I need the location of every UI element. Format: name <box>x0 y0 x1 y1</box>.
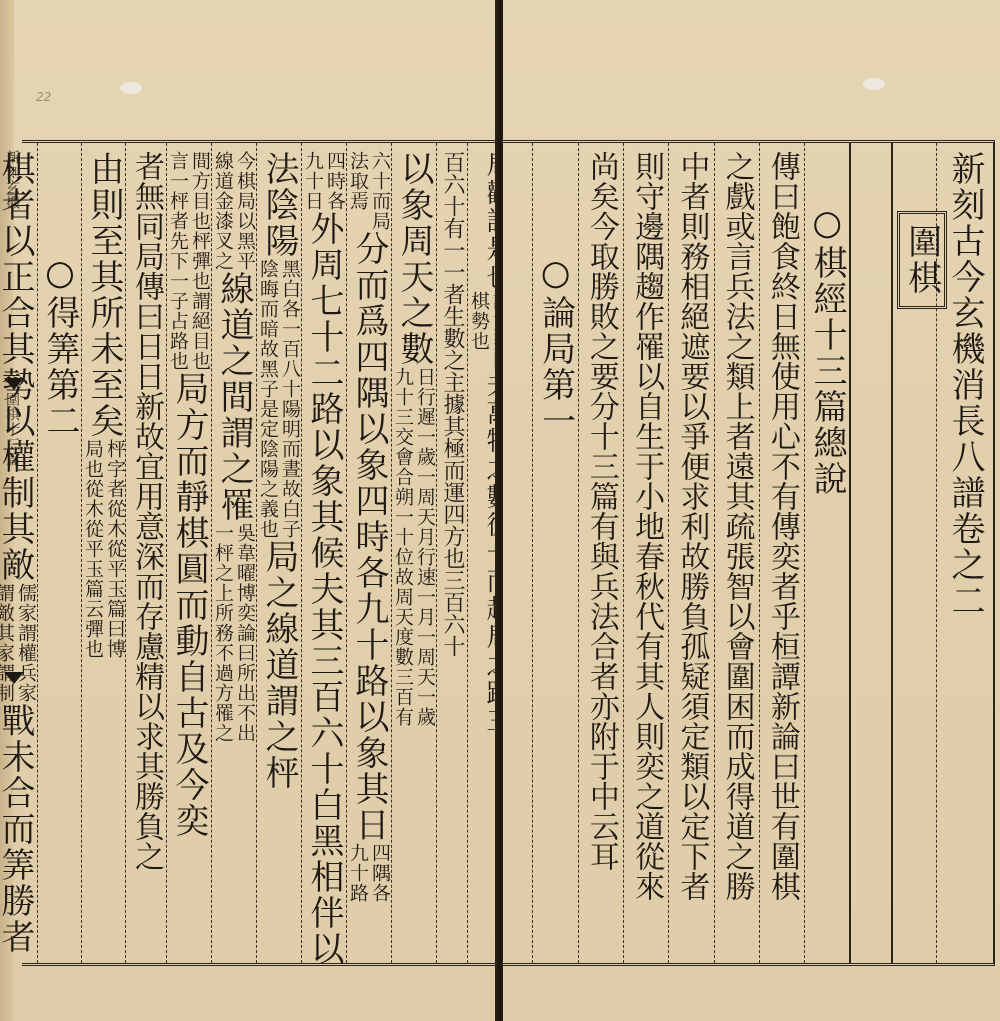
section-heading: ○棋經十三篇總說 <box>805 203 849 497</box>
boxed-heading: 圍棋 <box>897 211 947 309</box>
interlinear-gloss: 日行遲一歲一周天月行速一月一周天一歲九十三交會合朔一十位故周天度數三百有 <box>392 367 436 727</box>
gloss-line: 儒家謂權兵家 <box>15 583 37 703</box>
left-page: 新刻玄機 圍棋十三篇 22 局觀評是也說文奕圍棋勢也夫萬物之數從一而起局之路三 … <box>0 0 498 1021</box>
gloss-line: 四時各 <box>324 151 346 211</box>
main-text: 局方而靜棋圓而動自古及今奕 <box>169 371 209 839</box>
blank-column <box>849 143 890 963</box>
column-text: 之戲或言兵法之類上者遠其疏張智以會圍困而成得道之勝 <box>717 151 757 901</box>
main-text: 外周七十二路以象其候夫其三百六十白黑相伴以 <box>304 211 344 967</box>
main-text: 由則至其所未至矣 <box>84 151 124 439</box>
gloss-line: 一枰之上所務不過方罹之 <box>212 523 234 743</box>
interlinear-gloss: 六十而局法取焉 <box>347 151 391 231</box>
gloss-line: 謂敵其家謂制 <box>0 583 15 703</box>
column-text: 中者則務相絕遮要以爭便求利故勝負孤疑須定類以定下者 <box>671 151 711 901</box>
section-heading: ○得筭第二 <box>38 253 82 439</box>
column-r7: ○論局第一 <box>532 143 577 963</box>
interlinear-gloss: 間方目也枰彈也謂絕目也言一枰者先下一子占路也 <box>167 151 211 371</box>
column-l1: 局觀評是也說文奕圍棋勢也夫萬物之數從一而起局之路三 <box>467 143 497 963</box>
column-text: 棋者以正合其勢以權制其敵儒家謂權兵家謂敵其家謂制戰未合而筭勝者 <box>0 151 37 955</box>
column-l2: 百六十有一一者生數之主據其極而運四方也三百六十 <box>436 143 467 963</box>
main-text: 戰未合而筭勝者 <box>0 703 35 955</box>
column-l5: 四時各九十日外周七十二路以象其候夫其三百六十白黑相伴以 <box>301 143 346 963</box>
column-l9: 者無同局傳曰日日新故宜用意深而存慮精以求其勝負之 <box>125 143 166 963</box>
column-text: 法陰陽黑白各一百八十陽明而晝故白子陰晦而暗故黑子是定陰陽之義也局之線道謂之枰 <box>257 151 301 791</box>
column-text: 尚矣今取勝敗之要分十三篇有與兵法合者亦附于中云耳 <box>581 151 621 871</box>
main-text: 棋者以正合其勢以權制其敵 <box>0 151 35 583</box>
column-l6: 法陰陽黑白各一百八十陽明而晝故白子陰晦而暗故黑子是定陰陽之義也局之線道謂之枰 <box>256 143 301 963</box>
gloss-line: 六十而局 <box>369 151 391 231</box>
handwritten-page-number: 22 <box>36 90 51 104</box>
column-r8 <box>503 143 533 963</box>
interlinear-gloss: 吳韋曜博奕論曰所出不出一枰之上所務不過方罹之 <box>212 523 256 743</box>
gloss-line: 間方目也枰彈也謂絕目也 <box>189 151 211 371</box>
gloss-line: 九十路 <box>347 843 369 903</box>
heading-text: 圍棋 <box>904 224 940 296</box>
column-text: 以象周天之數日行遲一歲一周天月行速一月一周天一歲九十三交會合朔一十位故周天度數三… <box>392 151 436 727</box>
gloss-line: 今棋局以黑平 <box>234 151 256 271</box>
gloss-line: 陰晦而暗故黑子是定陰陽之義也 <box>257 259 279 539</box>
column-l7: 今棋局以黑平線道金漆叉之線道之間謂之罹吳韋曜博奕論曰所出不出一枰之上所務不過方罹… <box>211 143 256 963</box>
column-r2: 傳曰飽食終日無使用心不有傳奕者乎桓譚新論曰世有圍棋 <box>759 143 804 963</box>
section-heading: ○論局第一 <box>534 253 578 439</box>
column-l10: 由則至其所未至矣枰字者從木從平玉篇曰博局也從木從平玉篇云彈也 <box>81 143 125 963</box>
interlinear-gloss: 今棋局以黑平線道金漆叉之 <box>212 151 256 271</box>
column-l11: ○得筭第二 <box>37 143 81 963</box>
column-r3: 之戲或言兵法之類上者遠其疏張智以會圍困而成得道之勝 <box>714 143 759 963</box>
column-text: 者無同局傳曰日日新故宜用意深而存慮精以求其勝負之 <box>126 151 166 871</box>
book-spread: 新刻玄機 圍棋十三篇 22 局觀評是也說文奕圍棋勢也夫萬物之數從一而起局之路三 … <box>0 0 1000 1021</box>
gloss-line: 黑白各一百八十陽明而晝故白子 <box>279 259 301 539</box>
gloss-line: 九十日 <box>302 151 324 211</box>
main-text: 分而爲四隅以象四時各九十路以象其日 <box>349 231 389 843</box>
gloss-line: 線道金漆叉之 <box>212 151 234 271</box>
paper-blemish <box>863 78 885 90</box>
interlinear-gloss: 四隅各九十路 <box>347 843 391 903</box>
column-r1: ○棋經十三篇總說 <box>804 143 849 963</box>
main-text: 以象周天之數 <box>394 151 434 367</box>
column-r5: 則守邊隅趨作罹以自生于小地春秋代有其人則奕之道從來 <box>623 143 668 963</box>
gloss-line: 言一枰者先下一子占路也 <box>167 151 189 371</box>
interlinear-gloss: 黑白各一百八十陽明而晝故白子陰晦而暗故黑子是定陰陽之義也 <box>257 259 301 539</box>
heading-column: 圍棋 <box>891 143 936 963</box>
main-text: 法陰陽 <box>259 151 299 259</box>
left-columns: 局觀評是也說文奕圍棋勢也夫萬物之數從一而起局之路三 百六十有一一者生數之主據其極… <box>22 143 497 963</box>
column-text: 傳曰飽食終日無使用心不有傳奕者乎桓譚新論曰世有圍棋 <box>762 151 802 901</box>
column-text: 間方目也枰彈也謂絕目也言一枰者先下一子占路也局方而靜棋圓而動自古及今奕 <box>167 151 211 839</box>
column-l8: 間方目也枰彈也謂絕目也言一枰者先下一子占路也局方而靜棋圓而動自古及今奕 <box>166 143 211 963</box>
gloss-line: 日行遲一歲一周天月行速一月一周天一歲 <box>414 367 436 727</box>
main-text: 局之線道謂之枰 <box>259 539 299 791</box>
interlinear-gloss: 枰字者從木從平玉篇曰博局也從木從平玉篇云彈也 <box>82 439 126 659</box>
main-text: 線道之間謂之罹 <box>214 271 254 523</box>
column-r4: 中者則務相絕遮要以爭便求利故勝負孤疑須定類以定下者 <box>668 143 713 963</box>
column-l12: 棋者以正合其勢以權制其敵儒家謂權兵家謂敵其家謂制戰未合而筭勝者 <box>0 143 37 963</box>
column-text: 百六十有一一者生數之主據其極而運四方也三百六十 <box>437 151 467 657</box>
gloss-line: 四隅各 <box>369 843 391 903</box>
right-text-frame: 新刻古今玄機消長八譜卷之二 圍棋 ○棋經十三篇總說 傳曰飽食終日無使用心不有傳奕… <box>503 140 995 966</box>
column-text: 則守邊隅趨作罹以自生于小地春秋代有其人則奕之道從來 <box>626 151 666 901</box>
gloss-line: 九十三交會合朔一十位故周天度數三百有 <box>392 367 414 727</box>
gloss-line: 枰字者從木從平玉篇曰博 <box>104 439 126 659</box>
paper-blemish <box>120 82 142 94</box>
column-text: 今棋局以黑平線道金漆叉之線道之間謂之罹吳韋曜博奕論曰所出不出一枰之上所務不過方罹… <box>212 151 256 743</box>
left-text-frame: 局觀評是也說文奕圍棋勢也夫萬物之數從一而起局之路三 百六十有一一者生數之主據其極… <box>22 140 497 966</box>
column-text: 六十而局法取焉分而爲四隅以象四時各九十路以象其日四隅各九十路 <box>347 151 391 903</box>
column-l4: 六十而局法取焉分而爲四隅以象四時各九十路以象其日四隅各九十路 <box>346 143 391 963</box>
right-columns: 新刻古今玄機消長八譜卷之二 圍棋 ○棋經十三篇總說 傳曰飽食終日無使用心不有傳奕… <box>503 143 993 963</box>
column-l3: 以象周天之數日行遲一歲一周天月行速一月一周天一歲九十三交會合朔一十位故周天度數三… <box>391 143 436 963</box>
gloss-line: 局也從木從平玉篇云彈也 <box>82 439 104 659</box>
gloss-line: 吳韋曜博奕論曰所出不出 <box>234 523 256 743</box>
interlinear-gloss: 四時各九十日 <box>302 151 346 211</box>
gloss-line: 棋勢也 <box>468 291 490 371</box>
interlinear-gloss: 儒家謂權兵家謂敵其家謂制 <box>0 583 37 703</box>
gloss-line: 法取焉 <box>347 151 369 231</box>
column-r6: 尚矣今取勝敗之要分十三篇有與兵法合者亦附于中云耳 <box>578 143 623 963</box>
volume-title: 新刻古今玄機消長八譜卷之二 <box>944 151 986 619</box>
column-text: 四時各九十日外周七十二路以象其候夫其三百六十白黑相伴以 <box>302 151 346 967</box>
column-text: 由則至其所未至矣枰字者從木從平玉篇曰博局也從木從平玉篇云彈也 <box>82 151 126 659</box>
